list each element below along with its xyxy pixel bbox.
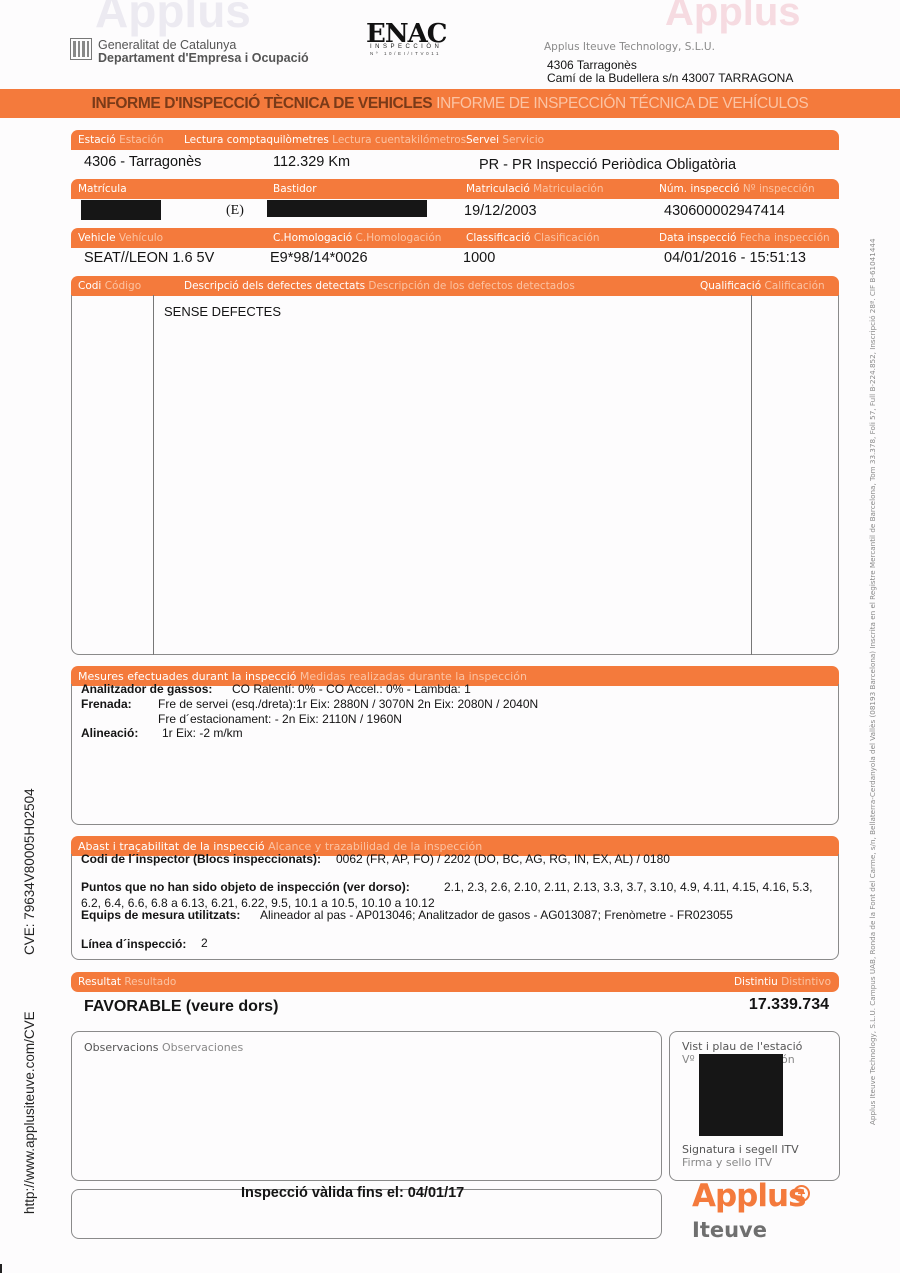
brake-label: Frenada:	[81, 697, 132, 711]
enac-subtitle: INSPECCIÓN	[370, 44, 442, 50]
points-label: Puntos que no han sido objeto de inspecc…	[81, 880, 410, 894]
alignment-value: 1r Eix: -2 m/km	[162, 726, 243, 740]
approval-title-es-end: ón	[781, 1053, 795, 1066]
defects-col-divider	[751, 295, 752, 655]
result-value: FAVORABLE (veure dors)	[84, 998, 278, 1016]
line-label: Línea d´inspecció:	[81, 937, 186, 951]
homologation-value: E9*98/14*0026	[270, 250, 368, 266]
line-value: 2	[201, 936, 208, 950]
badge-number: 17.339.734	[749, 996, 829, 1014]
defects-description: SENSE DEFECTES	[164, 304, 281, 319]
station-address: Camí de la Budellera s/n 43007 TARRAGONA	[547, 71, 793, 85]
signature-ca: Signatura i segell ITV	[682, 1143, 799, 1156]
watermark-right: Applus	[665, 0, 801, 35]
row3-header: Vehicle Vehículo C.Homologació C.Homolog…	[71, 228, 839, 248]
legal-notice: Applus Iteuve Technology, S.L.U. Campus …	[868, 238, 877, 1125]
vehicle-value: SEAT//LEON 1.6 5V	[84, 250, 214, 266]
service-value: PR - PR Inspecció Periòdica Obligatòria	[479, 157, 736, 173]
brake-parking-value: Fre d´estacionament: - 2n Eix: 2110N / 1…	[158, 712, 402, 726]
document-title: INFORME D'INSPECCIÓ TÈCNICA DE VEHICLES …	[0, 89, 900, 118]
watermark: Applus	[95, 0, 251, 38]
enac-accreditation: Nº 10/EI/ITV011	[370, 51, 441, 56]
plate-redacted	[81, 200, 161, 220]
station-name: 4306 Tarragonès	[547, 58, 637, 72]
row1-header: Estació Estación Lectura comptaquilòmetr…	[71, 130, 839, 150]
title-ca: INFORME D'INSPECCIÓ TÈCNICA DE VEHICLES	[92, 95, 433, 112]
title-es: INFORME DE INSPECCIÓN TÉCNICA DE VEHÍCUL…	[436, 95, 808, 112]
approval-title-ca: Vist i plau de l'estació	[682, 1040, 802, 1053]
plus-icon: +	[793, 1185, 810, 1202]
gas-label: Analitzador de gassos:	[81, 682, 212, 696]
result-header: Resultat Resultado Distintiu Distintivo	[71, 972, 839, 992]
validity-text: Inspecció vàlida fins el: 04/01/17	[241, 1185, 464, 1201]
cve-code: CVE: 79634V80005H02504	[22, 788, 37, 955]
defects-table	[71, 295, 839, 655]
inspector-value: 0062 (FR, AP, FO) / 2202 (DO, BC, AG, RG…	[336, 852, 670, 866]
cve-url: http://www.applusiteuve.com/CVE	[22, 1011, 37, 1214]
row2-header: Matrícula Bastidor Matriculació Matricul…	[71, 179, 839, 199]
country-code: (E)	[226, 203, 244, 219]
points-value-1: 2.1, 2.3, 2.6, 2.10, 2.11, 2.13, 3.3, 3.…	[444, 880, 813, 894]
iteuve-logo: Iteuve	[692, 1218, 767, 1242]
equipment-value: Alineador al pas - AP013046; Analitzador…	[260, 908, 733, 922]
defects-col-divider	[153, 295, 154, 655]
odometer-value: 112.329 Km	[273, 154, 350, 170]
inspection-date: 04/01/2016 - 15:51:13	[664, 250, 806, 266]
company-name: Applus Iteuve Technology, S.L.U.	[544, 41, 715, 53]
registration-date: 19/12/2003	[464, 203, 537, 219]
gov-department: Departament d'Empresa i Ocupació	[98, 51, 309, 65]
defects-header: Codi Código Descripció dels defectes det…	[71, 276, 839, 296]
equipment-label: Equips de mesura utilitzats:	[81, 908, 240, 922]
station-value: 4306 - Tarragonès	[84, 154, 201, 170]
signature-es: Firma y sello ITV	[682, 1156, 772, 1169]
inspection-number: 430600002947414	[664, 203, 785, 219]
alignment-label: Alineació:	[81, 726, 138, 740]
generalitat-logo-icon	[70, 38, 92, 60]
stamp-redacted	[699, 1054, 783, 1136]
gov-name: Generalitat de Catalunya	[98, 38, 236, 52]
vin-redacted	[267, 200, 427, 217]
inspector-label: Codi de l´inspector (Blocs inspeccionats…	[81, 852, 321, 866]
brake-service-value: Fre de servei (esq./dreta):1r Eix: 2880N…	[158, 697, 538, 711]
applus-logo: Applus	[692, 1178, 806, 1214]
classification-value: 1000	[463, 250, 495, 266]
observations-label: Observacions Observaciones	[84, 1041, 243, 1054]
approval-title-es-start: Vº	[682, 1053, 695, 1066]
scan-edge	[0, 1264, 2, 1273]
gas-value: CO Ralentí: 0% - CO Accel.: 0% - Lambda:…	[232, 682, 471, 696]
